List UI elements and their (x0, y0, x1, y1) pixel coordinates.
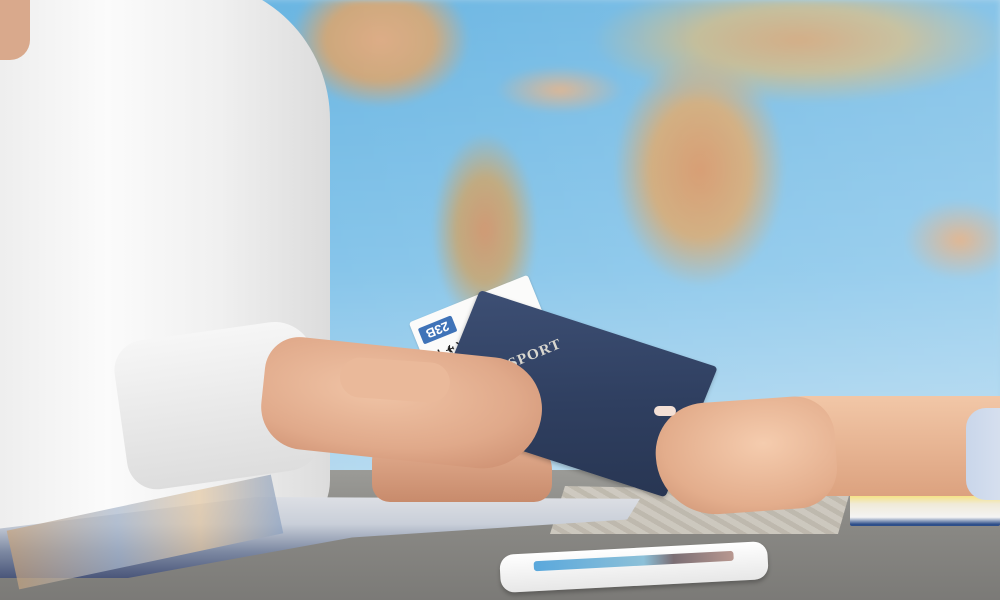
client-thumbnail (654, 406, 676, 416)
photo-scene: your destination 20:30 XXX ✈ YY 23B PASS… (0, 0, 1000, 600)
agent-thumb (339, 356, 452, 404)
agent-neck (0, 0, 30, 60)
client-sleeve (966, 408, 1000, 500)
phone-screen (534, 551, 734, 571)
client-hand (652, 394, 839, 518)
